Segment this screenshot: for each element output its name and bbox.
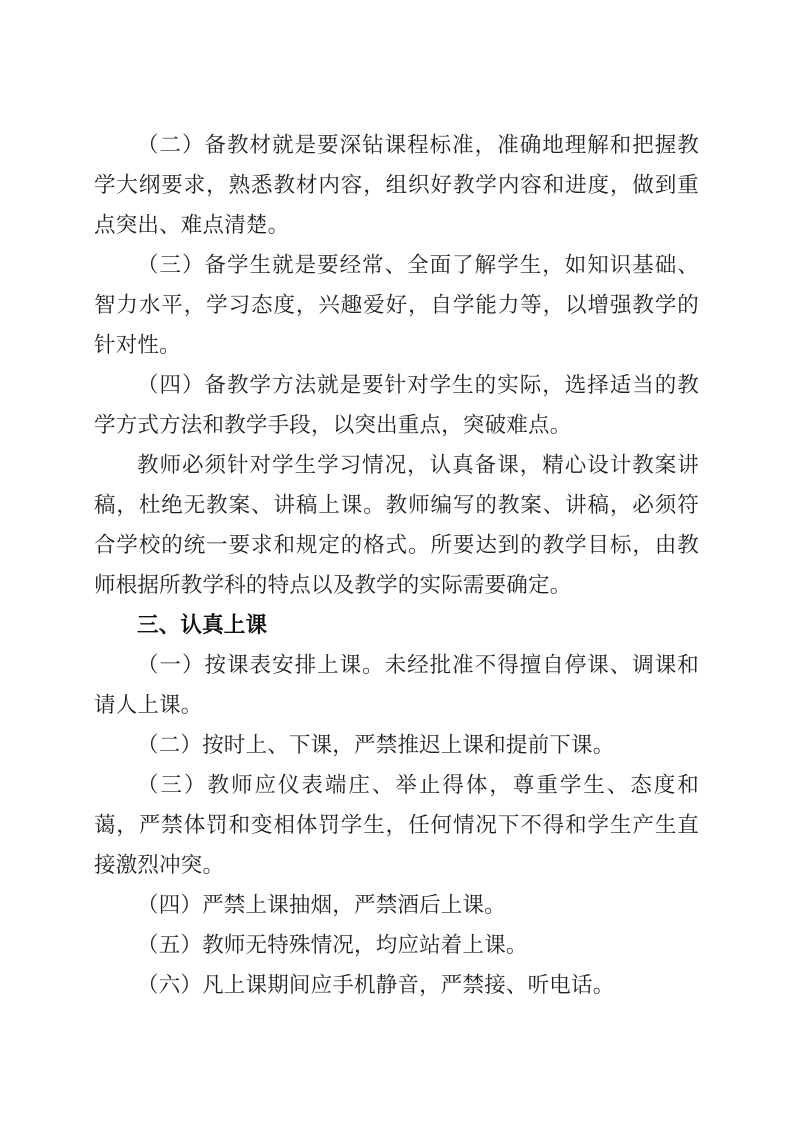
doc-paragraph: （一）按课表安排上课。未经批准不得擅自停课、调课和请人上课。 [94,645,699,725]
doc-paragraph: （四）备教学方法就是要针对学生的实际，选择适当的教学方式方法和教学手段，以突出重… [94,365,699,445]
doc-paragraph: （二）备教材就是要深钻课程标准，准确地理解和把握教学大纲要求，熟悉教材内容，组织… [94,125,699,245]
doc-paragraph: （三）教师应仪表端庄、举止得体，尊重学生、态度和蔼，严禁体罚和变相体罚学生，任何… [94,765,699,885]
doc-paragraph: （二）按时上、下课，严禁推迟上课和提前下课。 [94,725,699,765]
section-heading: 三、认真上课 [94,605,699,645]
document-page: （二）备教材就是要深钻课程标准，准确地理解和把握教学大纲要求，熟悉教材内容，组织… [0,0,793,1122]
doc-paragraph: 教师必须针对学生学习情况，认真备课，精心设计教案讲稿，杜绝无教案、讲稿上课。教师… [94,445,699,605]
doc-paragraph: （四）严禁上课抽烟，严禁酒后上课。 [94,885,699,925]
doc-paragraph: （六）凡上课期间应手机静音，严禁接、听电话。 [94,965,699,1005]
document-body: （二）备教材就是要深钻课程标准，准确地理解和把握教学大纲要求，熟悉教材内容，组织… [94,125,699,1005]
doc-paragraph: （五）教师无特殊情况，均应站着上课。 [94,925,699,965]
doc-paragraph: （三）备学生就是要经常、全面了解学生，如知识基础、智力水平，学习态度，兴趣爱好，… [94,245,699,365]
